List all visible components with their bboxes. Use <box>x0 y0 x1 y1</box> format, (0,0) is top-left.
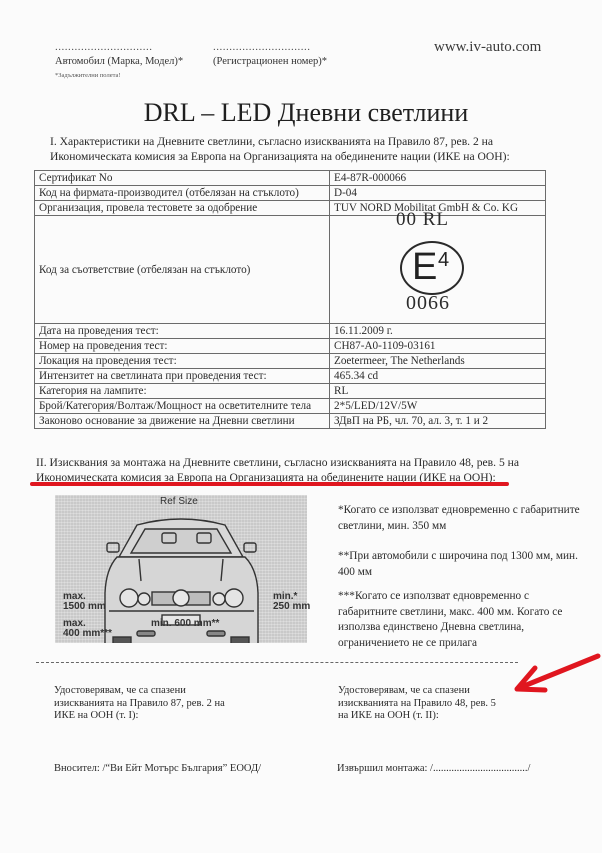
table-row: Сертификат NoE4-87R-000066 <box>35 171 546 186</box>
spec-value: Zoetermeer, The Netherlands <box>330 354 546 369</box>
registration-field-label: (Регистрационен номер)* <box>213 56 327 67</box>
table-row: Законово основание за движение на Дневни… <box>35 414 546 429</box>
spec-label: Законово основание за движение на Дневни… <box>35 414 330 429</box>
car-mounting-diagram: Ref Size max.1500 mm min.*250 mm max.400… <box>55 495 307 643</box>
e-mark-circle-icon: E4 <box>400 241 464 295</box>
spec-value: 16.11.2009 г. <box>330 324 546 339</box>
registration-field-dots[interactable]: .............................. <box>213 42 311 52</box>
vehicle-field-dots[interactable]: .............................. <box>55 42 153 52</box>
spec-label: Локация на проведения тест: <box>35 354 330 369</box>
table-row: Код за съответствие (отбелязан на стъкло… <box>35 216 546 324</box>
table-row: Код на фирмата-производител (отбелязан н… <box>35 186 546 201</box>
mark-top-code: 00 RL <box>396 213 449 227</box>
table-row: Организация, провела тестовете за одобре… <box>35 201 546 216</box>
specs-table: Сертификат NoE4-87R-000066Код на фирмата… <box>34 170 546 429</box>
mark-letter: E <box>412 247 437 287</box>
mark-bottom-code: 0066 <box>406 296 450 310</box>
spec-label: Код за съответствие (отбелязан на стъкло… <box>35 216 330 324</box>
red-arrow-icon <box>505 652 602 697</box>
spec-value: ЗДвП на РБ, чл. 70, ал. 3, т. 1 и 2 <box>330 414 546 429</box>
table-row: Категория на лампите:RL <box>35 384 546 399</box>
certification-rule-48: Удостоверявам, че са спазени изискваният… <box>338 685 508 723</box>
note-1: *Когато се използват едновременно с габа… <box>338 503 588 534</box>
spec-label: Код на фирмата-производител (отбелязан н… <box>35 186 330 201</box>
required-fields-note: *Задължителни полета! <box>55 72 121 79</box>
table-row: Брой/Категория/Волтаж/Мощност на осветит… <box>35 399 546 414</box>
spec-label: Интензитет на светлината при проведения … <box>35 369 330 384</box>
note-2: **При автомобили с широчина под 1300 мм,… <box>338 549 588 580</box>
spec-value: RL <box>330 384 546 399</box>
approval-mark: 00 RLE40066 <box>334 216 541 323</box>
table-row: Номер на проведения тест:CH87-A0-1109-03… <box>35 339 546 354</box>
table-row: Интензитет на светлината при проведения … <box>35 369 546 384</box>
mark-country-number: 4 <box>438 253 449 267</box>
spec-label: Организация, провела тестовете за одобре… <box>35 201 330 216</box>
spec-label: Дата на проведения тест: <box>35 324 330 339</box>
diagram-title: Ref Size <box>160 497 198 507</box>
website-link[interactable]: www.iv-auto.com <box>434 39 541 56</box>
spec-label: Брой/Категория/Волтаж/Мощност на осветит… <box>35 399 330 414</box>
label-max-side: max.400 mm*** <box>63 619 112 639</box>
spec-value: D-04 <box>330 186 546 201</box>
installer-signature-field[interactable]: Извършил монтажа: /.....................… <box>337 763 530 774</box>
spec-value: E4-87R-000066 <box>330 171 546 186</box>
spec-value: 2*5/LED/12V/5W <box>330 399 546 414</box>
spec-label: Номер на проведения тест: <box>35 339 330 354</box>
vehicle-field-label: Автомобил (Марка, Модел)* <box>55 56 183 67</box>
spec-value: CH87-A0-1109-03161 <box>330 339 546 354</box>
note-3: ***Когато се използват едновременно с га… <box>338 589 588 651</box>
spec-value: 465.34 cd <box>330 369 546 384</box>
label-min-height: min.*250 mm <box>273 592 310 612</box>
spec-value: 00 RLE40066 <box>330 216 546 324</box>
dashed-separator <box>36 662 518 663</box>
label-min-spacing: min. 600 mm** <box>151 619 219 629</box>
spec-label: Категория на лампите: <box>35 384 330 399</box>
table-row: Дата на проведения тест:16.11.2009 г. <box>35 324 546 339</box>
red-underline-annotation <box>30 482 509 486</box>
section2-heading: II. Изисквания за монтажа на Дневните св… <box>36 455 526 485</box>
table-row: Локация на проведения тест:Zoetermeer, T… <box>35 354 546 369</box>
importer-signature: Вносител: /“Ви Ейт Мотърс България” ЕООД… <box>54 763 261 774</box>
section1-heading: I. Характеристики на Дневните светлини, … <box>50 134 530 164</box>
spec-label: Сертификат No <box>35 171 330 186</box>
certification-rule-87: Удостоверявам, че са спазени изискваният… <box>54 685 234 723</box>
label-max-height: max.1500 mm <box>63 592 106 612</box>
page-title: DRL – LED Дневни светлини <box>0 98 602 128</box>
